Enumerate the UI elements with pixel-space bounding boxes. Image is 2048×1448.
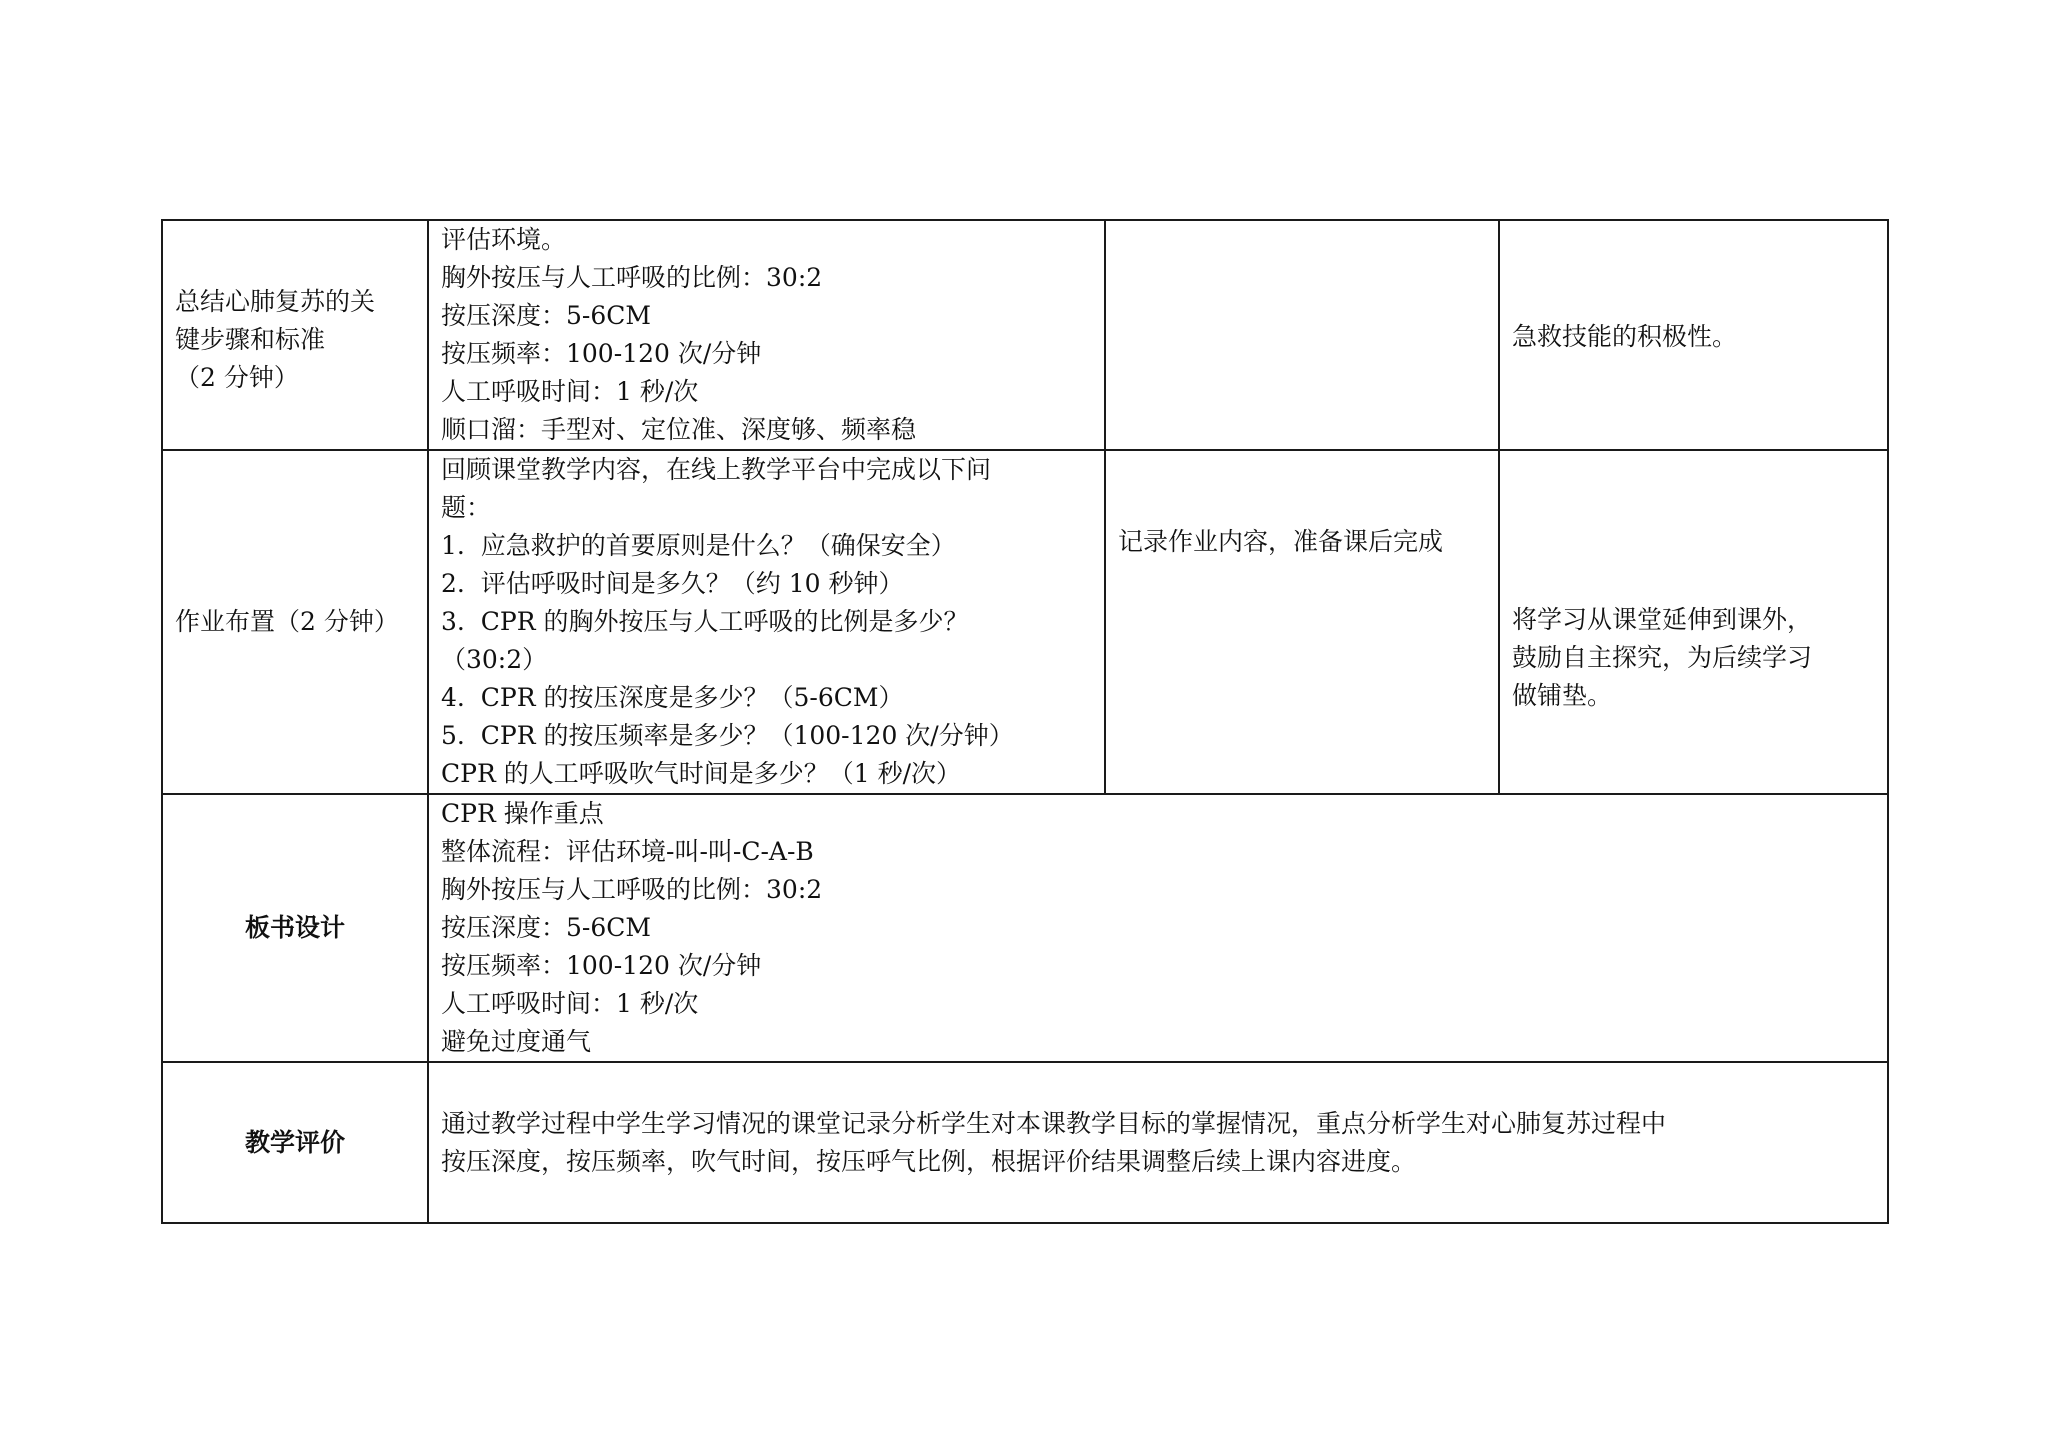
summary-content-cell: 评估环境。 胸外按压与人工呼吸的比例：30:2 按压深度：5-6CM 按压频率：… — [428, 220, 1105, 450]
summary-label-line: 总结心肺复苏的关 — [175, 283, 415, 321]
summary-design-intent-cell: 急救技能的积极性。 — [1499, 220, 1888, 450]
homework-design-intent-cell: 将学习从课堂延伸到课外， 鼓励自主探究，为后续学习 做铺垫。 — [1499, 450, 1888, 794]
content-line: 整体流程：评估环境-叫-叫-C-A-B — [441, 833, 1875, 871]
content-line: 通过教学过程中学生学习情况的课堂记录分析学生对本课教学目标的掌握情况，重点分析学… — [441, 1105, 1875, 1143]
content-line: 顺口溜：手型对、定位准、深度够、频率稳 — [441, 411, 1092, 449]
content-line: 胸外按压与人工呼吸的比例：30:2 — [441, 259, 1092, 297]
content-line: CPR 操作重点 — [441, 795, 1875, 833]
design-intent-line: 鼓励自主探究，为后续学习 — [1512, 639, 1875, 677]
homework-question: 3. CPR 的胸外按压与人工呼吸的比例是多少？ — [441, 603, 1092, 641]
content-line: 人工呼吸时间：1 秒/次 — [441, 985, 1875, 1023]
document-page: 总结心肺复苏的关 键步骤和标准 （2 分钟） 评估环境。 胸外按压与人工呼吸的比… — [0, 0, 2048, 1448]
table-row-board-design: 板书设计 CPR 操作重点 整体流程：评估环境-叫-叫-C-A-B 胸外按压与人… — [162, 794, 1888, 1062]
summary-student-activity-cell — [1105, 220, 1499, 450]
homework-question: 2. 评估呼吸时间是多久？（约 10 秒钟） — [441, 565, 1092, 603]
lesson-plan-table: 总结心肺复苏的关 键步骤和标准 （2 分钟） 评估环境。 胸外按压与人工呼吸的比… — [161, 219, 1889, 1224]
homework-question: 1. 应急救护的首要原则是什么？（确保安全） — [441, 527, 1092, 565]
homework-content-cell: 回顾课堂教学内容，在线上教学平台中完成以下问 题： 1. 应急救护的首要原则是什… — [428, 450, 1105, 794]
student-activity-text: 记录作业内容，准备课后完成 — [1118, 523, 1486, 561]
summary-label-line: 键步骤和标准 — [175, 321, 415, 359]
content-line: 按压频率：100-120 次/分钟 — [441, 335, 1092, 373]
board-design-label-cell: 板书设计 — [162, 794, 428, 1062]
homework-question: 4. CPR 的按压深度是多少？（5-6CM） — [441, 679, 1092, 717]
content-line: 按压频率：100-120 次/分钟 — [441, 947, 1875, 985]
content-line: 评估环境。 — [441, 221, 1092, 259]
table-row-homework: 作业布置（2 分钟） 回顾课堂教学内容，在线上教学平台中完成以下问 题： 1. … — [162, 450, 1888, 794]
evaluation-label-cell: 教学评价 — [162, 1062, 428, 1223]
homework-answer: （30:2） — [441, 641, 1092, 679]
summary-label-line: （2 分钟） — [175, 359, 415, 397]
content-line: 题： — [441, 489, 1092, 527]
homework-question: 5. CPR 的按压频率是多少？（100-120 次/分钟） — [441, 717, 1092, 755]
content-line: 按压深度，按压频率，吹气时间，按压呼气比例，根据评价结果调整后续上课内容进度。 — [441, 1143, 1875, 1181]
design-intent-line: 将学习从课堂延伸到课外， — [1512, 601, 1875, 639]
evaluation-content-cell: 通过教学过程中学生学习情况的课堂记录分析学生对本课教学目标的掌握情况，重点分析学… — [428, 1062, 1888, 1223]
design-intent-line: 做铺垫。 — [1512, 677, 1875, 715]
content-line: 按压深度：5-6CM — [441, 909, 1875, 947]
homework-student-activity-cell: 记录作业内容，准备课后完成 — [1105, 450, 1499, 794]
homework-label: 作业布置（2 分钟） — [175, 603, 415, 641]
design-intent-line: 急救技能的积极性。 — [1512, 318, 1875, 356]
summary-label-cell: 总结心肺复苏的关 键步骤和标准 （2 分钟） — [162, 220, 428, 450]
board-design-content-cell: CPR 操作重点 整体流程：评估环境-叫-叫-C-A-B 胸外按压与人工呼吸的比… — [428, 794, 1888, 1062]
content-line: 人工呼吸时间：1 秒/次 — [441, 373, 1092, 411]
homework-question: CPR 的人工呼吸吹气时间是多少？（1 秒/次） — [441, 755, 1092, 793]
content-line: 避免过度通气 — [441, 1023, 1875, 1061]
content-line: 胸外按压与人工呼吸的比例：30:2 — [441, 871, 1875, 909]
content-line: 按压深度：5-6CM — [441, 297, 1092, 335]
board-design-label: 板书设计 — [245, 913, 345, 942]
table-row-summary: 总结心肺复苏的关 键步骤和标准 （2 分钟） 评估环境。 胸外按压与人工呼吸的比… — [162, 220, 1888, 450]
evaluation-label: 教学评价 — [245, 1128, 345, 1157]
homework-label-cell: 作业布置（2 分钟） — [162, 450, 428, 794]
table-row-evaluation: 教学评价 通过教学过程中学生学习情况的课堂记录分析学生对本课教学目标的掌握情况，… — [162, 1062, 1888, 1223]
content-line: 回顾课堂教学内容，在线上教学平台中完成以下问 — [441, 451, 1092, 489]
